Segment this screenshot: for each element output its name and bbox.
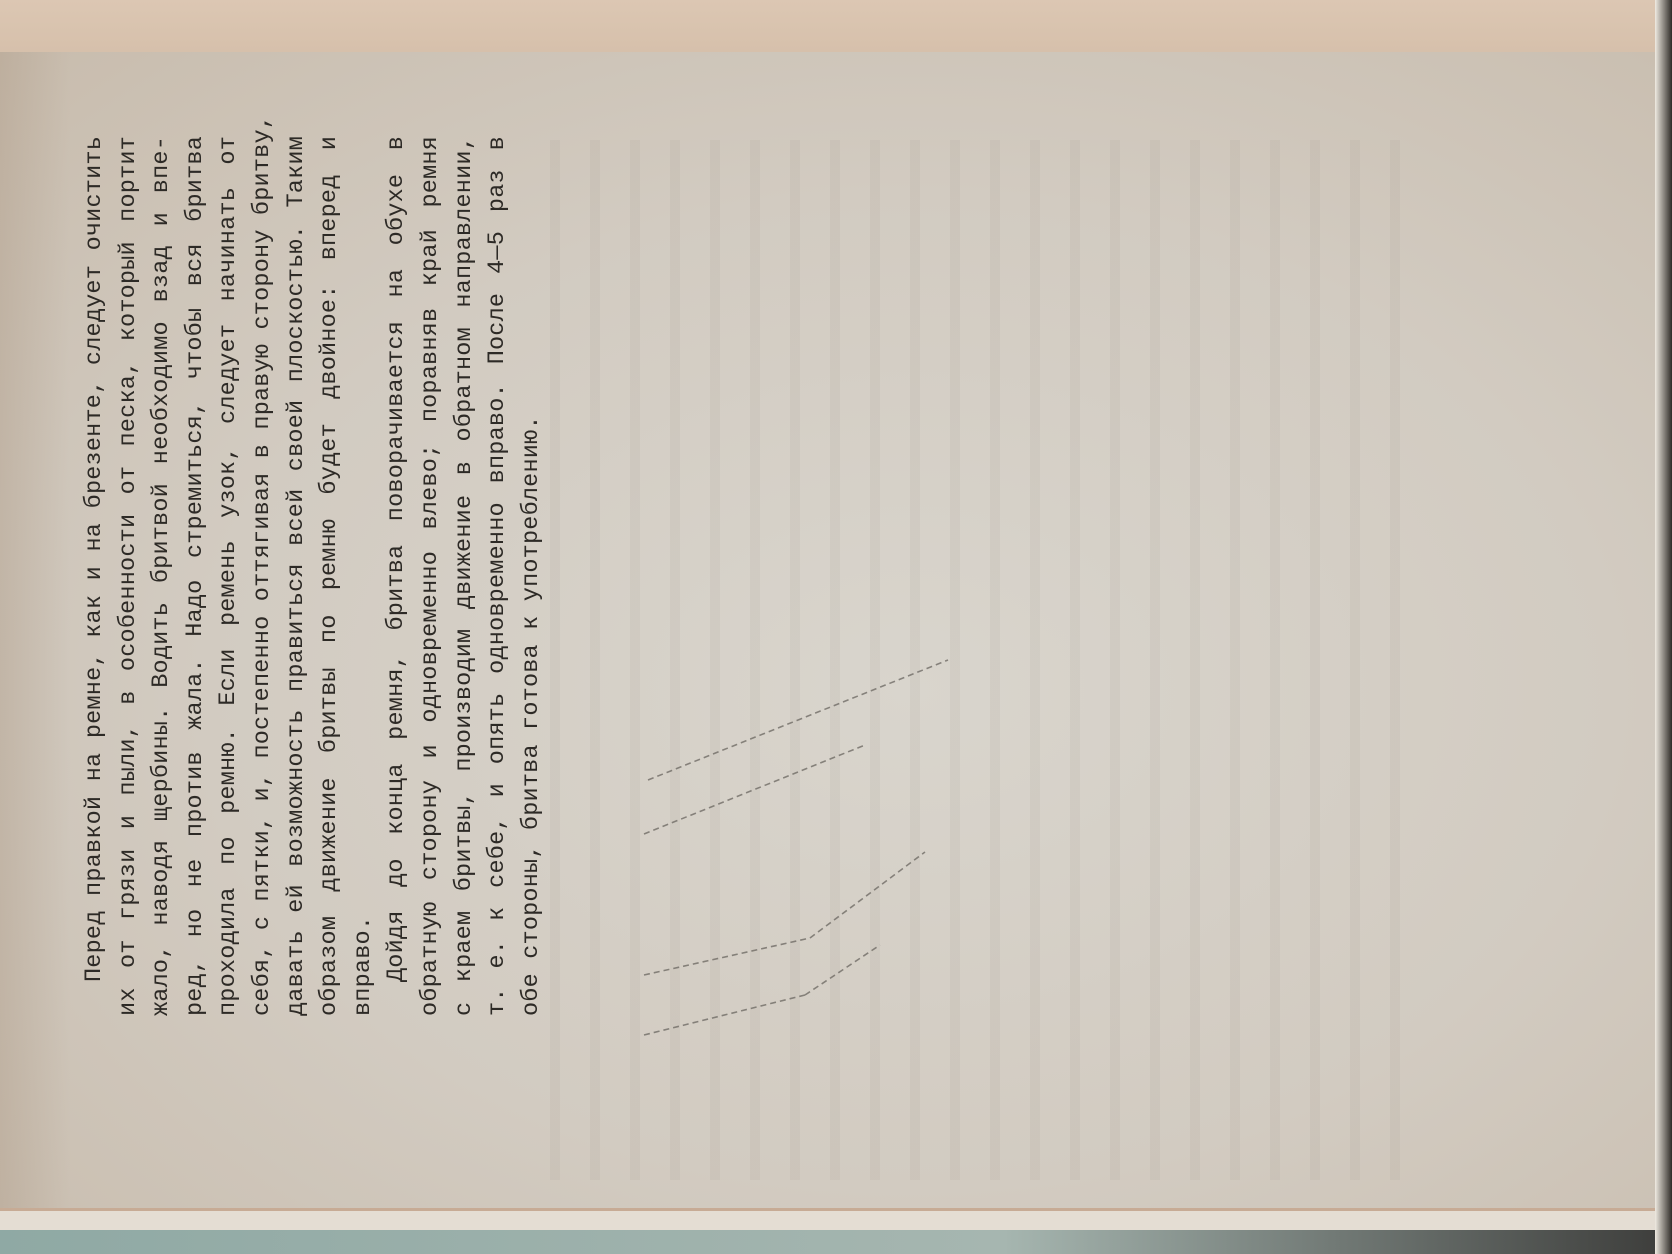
text-line: т. е. к себе, и опять одновременно вправ…: [481, 136, 515, 1016]
paragraph-2: Дойдя до конца ремня, бритва поворачивае…: [380, 136, 548, 1016]
paragraph-1: Перед правкой на ремне, как и на брезент…: [78, 136, 380, 1016]
text-line: жало, наводя щербины. Водить бритвой нео…: [145, 136, 179, 1016]
previous-page-edge: [0, 0, 1672, 54]
text-line: Перед правкой на ремне, как и на брезент…: [78, 136, 112, 1016]
text-line: обе стороны, бритва готова к употреблени…: [515, 136, 549, 1016]
text-line: обратную сторону и одновременно влево; п…: [414, 136, 448, 1016]
text-line: себя, с пятки, и, постепенно оттягивая в…: [246, 136, 280, 1016]
page-text: Перед правкой на ремне, как и на брезент…: [78, 136, 548, 1016]
book-spine-edge: [1655, 0, 1672, 1254]
text-line: с краем бритвы, производим движение в об…: [448, 136, 482, 1016]
page-shadow: [0, 52, 70, 1214]
text-line: их от грязи и пыли, в особенности от пес…: [112, 136, 146, 1016]
text-line: образом движение бритвы по ремню будет д…: [313, 136, 347, 1016]
faint-diagram-lines: [560, 600, 960, 1040]
text-line: ред, но не против жала. Надо стремиться,…: [179, 136, 213, 1016]
text-line: Дойдя до конца ремня, бритва поворачивае…: [380, 136, 414, 1016]
text-line: вправо.: [347, 136, 381, 1016]
table-surface: [0, 1230, 1672, 1254]
text-line: давать ей возможность правиться всей сво…: [280, 136, 314, 1016]
text-line: проходила по ремню. Если ремень узок, сл…: [212, 136, 246, 1016]
